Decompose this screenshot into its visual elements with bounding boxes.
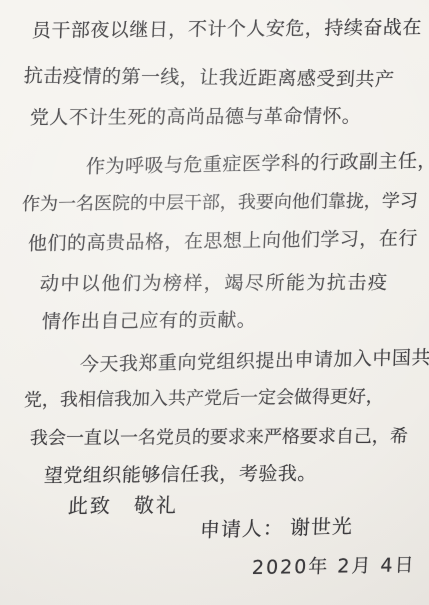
handwritten-line-p3-1: 今天我郑重向党组织提出申请加入中国共产: [80, 342, 429, 377]
handwritten-line-p1-3: 党人不计生死的高尚品德与革命情怀。: [29, 101, 362, 130]
signature-label: 申请人：: [199, 516, 284, 542]
handwritten-line-p3-3: 我会一直以一名党员的要求来严格要求自己，希: [29, 422, 408, 450]
signature-name: 谢世光: [289, 514, 353, 540]
handwritten-line-p2-5: 情作出自己应有的贡献。: [41, 305, 257, 334]
applicant-signature: 申请人：谢世光: [199, 510, 353, 543]
handwritten-line-p2-3: 他们的高贵品格，在思想上向他们学习，在行: [27, 224, 418, 256]
handwritten-line-p2-2: 作为一名医院的中层干部，我要向他们靠拢，学习: [21, 187, 418, 216]
handwritten-letter-page: 员干部夜以继日，不计个人安危，持续奋战在 抗击疫情的第一线，让我近距离感受到共产…: [0, 0, 429, 605]
letter-date: 2020年 2月 4日: [251, 550, 416, 580]
handwritten-line-p2-1: 作为呼吸与危重症医学科的行政副主任，: [86, 146, 429, 179]
closing-salutation: 此致 敬礼: [67, 489, 178, 519]
handwritten-line-p2-4: 动中以他们为榜样，竭尽所能为抗击疫: [39, 268, 389, 296]
handwritten-line-p1-1: 员干部夜以继日，不计个人安危，持续奋战在: [31, 13, 422, 43]
handwritten-line-p3-2: 党，我相信我加入共产党后一定会做得更好，: [23, 382, 384, 412]
handwritten-line-p1-2: 抗击疫情的第一线，让我近距离感受到共产: [23, 61, 395, 92]
handwritten-line-p3-4: 望党组织能够信任我，考验我。: [43, 459, 317, 488]
